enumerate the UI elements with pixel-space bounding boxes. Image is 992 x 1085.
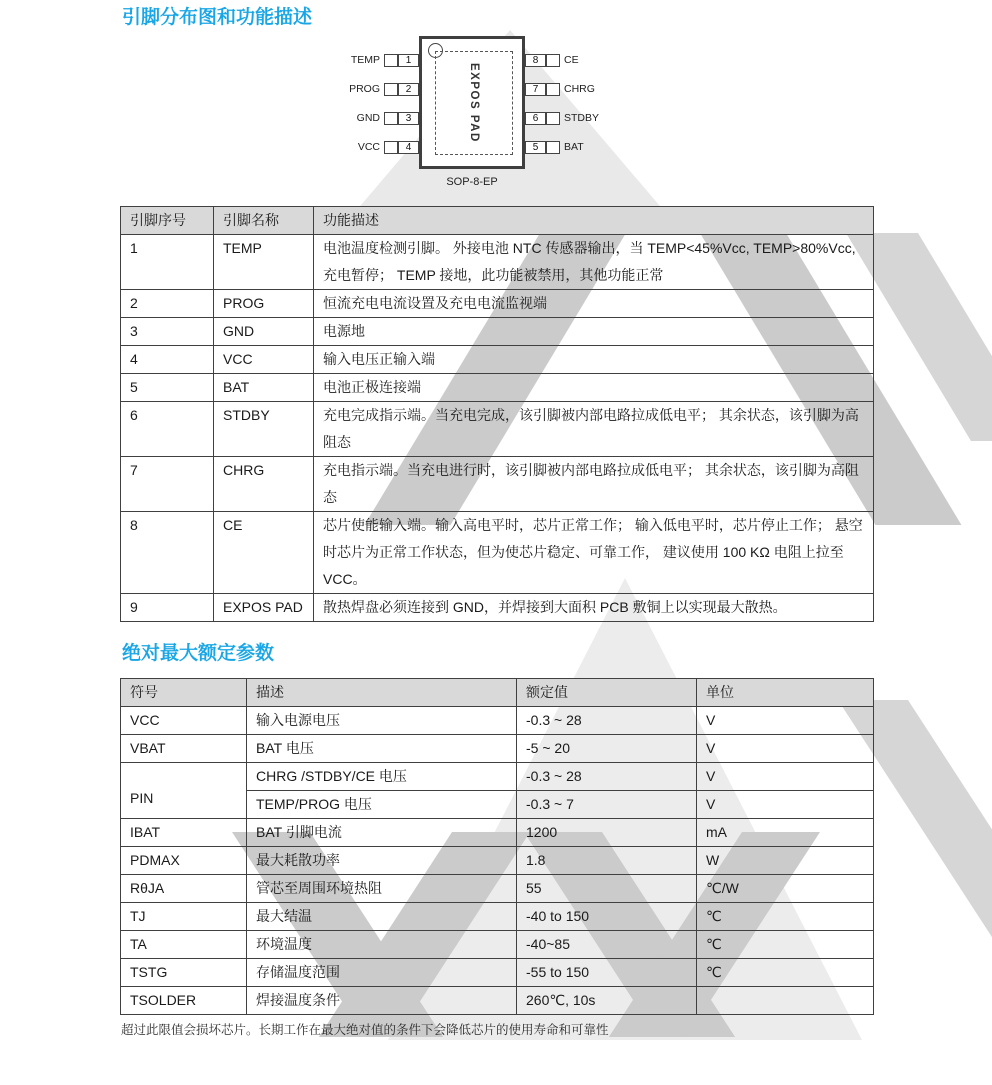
pin-name-label: PROG (345, 83, 384, 95)
cell-symbol: TA (121, 931, 247, 959)
pin-name-label: GND (353, 112, 384, 124)
cell-unit: V (697, 735, 874, 763)
cell-pin-name: CHRG (214, 457, 314, 512)
pin-name-label: STDBY (560, 112, 603, 124)
cell-description: 最大结温 (247, 903, 517, 931)
pin-diagram: TEMP 1 PROG 2 GND 3 VCC 4 EXPOS PAD 8 (335, 36, 609, 194)
cell-unit: W (697, 847, 874, 875)
table-row: PIN CHRG /STDBY/CE 电压 -0.3 ~ 28 V (121, 763, 874, 791)
col-header-symbol: 符号 (121, 679, 247, 707)
table-row: 6 STDBY 充电完成指示端。当充电完成，该引脚被内部电路拉成低电平； 其余状… (121, 402, 874, 457)
table-row: PDMAX 最大耗散功率 1.8 W (121, 847, 874, 875)
cell-rated-value: -0.3 ~ 28 (517, 763, 697, 791)
cell-pin-name: VCC (214, 346, 314, 374)
cell-symbol: TSTG (121, 959, 247, 987)
cell-unit: ℃/W (697, 875, 874, 903)
datasheet-page: 引脚分布图和功能描述 TEMP 1 PROG 2 GND 3 VCC 4 EXP… (0, 0, 875, 1038)
pin-name-label: BAT (560, 141, 588, 153)
pin-lead-box (546, 54, 560, 67)
pin-lead-box (384, 112, 398, 125)
pin-number-box: 4 (398, 141, 419, 154)
pin-lead-box (546, 141, 560, 154)
col-header-pin-name: 引脚名称 (214, 207, 314, 235)
pin-number-box: 8 (525, 54, 546, 67)
cell-pin-number: 4 (121, 346, 214, 374)
col-header-rated-value: 额定值 (517, 679, 697, 707)
cell-rated-value: -40 to 150 (517, 903, 697, 931)
pin-name-label: TEMP (347, 54, 384, 66)
cell-symbol: VCC (121, 707, 247, 735)
ratings-footnote: 超过此限值会损坏芯片。长期工作在最大绝对值的条件下会降低芯片的使用寿命和可靠性 (121, 1022, 875, 1038)
cell-pin-name: STDBY (214, 402, 314, 457)
cell-pin-number: 9 (121, 594, 214, 622)
pin-6-right: 6 STDBY (525, 111, 609, 125)
pin-4-left: VCC 4 (335, 140, 419, 154)
cell-unit: ℃ (697, 903, 874, 931)
cell-pin-name: EXPOS PAD (214, 594, 314, 622)
cell-symbol: VBAT (121, 735, 247, 763)
cell-function: 充电指示端。当充电进行时，该引脚被内部电路拉成低电平； 其余状态，该引脚为高阻态 (314, 457, 874, 512)
cell-rated-value: 1200 (517, 819, 697, 847)
cell-description: 环境温度 (247, 931, 517, 959)
table-row: 8 CE 芯片使能输入端。输入高电平时，芯片正常工作； 输入低电平时，芯片停止工… (121, 512, 874, 594)
cell-symbol: IBAT (121, 819, 247, 847)
absolute-maximum-ratings-table: 符号 描述 额定值 单位 VCC 输入电源电压 -0.3 ~ 28 V VBAT… (120, 678, 874, 1015)
cell-pin-name: PROG (214, 290, 314, 318)
pin-number-box: 6 (525, 112, 546, 125)
cell-symbol: TSOLDER (121, 987, 247, 1015)
exposed-pad-label: EXPOS PAD (468, 63, 480, 143)
cell-function: 恒流充电电流设置及充电电流监视端 (314, 290, 874, 318)
table-row: TA 环境温度 -40~85 ℃ (121, 931, 874, 959)
cell-description: BAT 电压 (247, 735, 517, 763)
table-row: 2 PROG 恒流充电电流设置及充电电流监视端 (121, 290, 874, 318)
pin-name-label: CE (560, 54, 583, 66)
cell-description: 输入电源电压 (247, 707, 517, 735)
pin-lead-box (384, 141, 398, 154)
pin-lead-box (384, 83, 398, 96)
cell-pin-number: 2 (121, 290, 214, 318)
pin-number-box: 1 (398, 54, 419, 67)
table-row: 5 BAT 电池正极连接端 (121, 374, 874, 402)
cell-rated-value: -55 to 150 (517, 959, 697, 987)
cell-description: 存储温度范围 (247, 959, 517, 987)
table-header-row: 引脚序号 引脚名称 功能描述 (121, 207, 874, 235)
pin-lead-box (384, 54, 398, 67)
cell-rated-value: -0.3 ~ 7 (517, 791, 697, 819)
cell-function: 电池温度检测引脚。 外接电池 NTC 传感器输出，当 TEMP<45%Vcc, … (314, 235, 874, 290)
cell-symbol: RθJA (121, 875, 247, 903)
pin-number-box: 3 (398, 112, 419, 125)
cell-function: 散热焊盘必须连接到 GND，并焊接到大面积 PCB 敷铜上以实现最大散热。 (314, 594, 874, 622)
pin-section-title: 引脚分布图和功能描述 (122, 6, 875, 30)
cell-description: 焊接温度条件 (247, 987, 517, 1015)
cell-symbol: TJ (121, 903, 247, 931)
cell-pin-name: CE (214, 512, 314, 594)
pin-3-left: GND 3 (335, 111, 419, 125)
cell-description: TEMP/PROG 电压 (247, 791, 517, 819)
table-row: TJ 最大结温 -40 to 150 ℃ (121, 903, 874, 931)
pin-8-right: 8 CE (525, 53, 609, 67)
cell-function: 充电完成指示端。当充电完成，该引脚被内部电路拉成低电平； 其余状态，该引脚为高阻… (314, 402, 874, 457)
col-header-pin-number: 引脚序号 (121, 207, 214, 235)
cell-unit (697, 987, 874, 1015)
cell-description: BAT 引脚电流 (247, 819, 517, 847)
table-row: IBAT BAT 引脚电流 1200 mA (121, 819, 874, 847)
exposed-pad-outline: EXPOS PAD (435, 51, 513, 155)
cell-symbol: PDMAX (121, 847, 247, 875)
pin-7-right: 7 CHRG (525, 82, 609, 96)
cell-rated-value: -0.3 ~ 28 (517, 707, 697, 735)
table-row: 1 TEMP 电池温度检测引脚。 外接电池 NTC 传感器输出，当 TEMP<4… (121, 235, 874, 290)
cell-unit: ℃ (697, 931, 874, 959)
cell-rated-value: -40~85 (517, 931, 697, 959)
package-name-label: SOP-8-EP (419, 176, 525, 188)
pin-lead-box (546, 83, 560, 96)
chip-package-body: EXPOS PAD (419, 36, 525, 169)
table-row: 4 VCC 输入电压正输入端 (121, 346, 874, 374)
cell-function: 电池正极连接端 (314, 374, 874, 402)
cell-pin-name: GND (214, 318, 314, 346)
table-header-row: 符号 描述 额定值 单位 (121, 679, 874, 707)
cell-pin-name: BAT (214, 374, 314, 402)
cell-rated-value: 1.8 (517, 847, 697, 875)
cell-pin-number: 6 (121, 402, 214, 457)
pin-lead-box (546, 112, 560, 125)
cell-pin-number: 5 (121, 374, 214, 402)
pin-function-table: 引脚序号 引脚名称 功能描述 1 TEMP 电池温度检测引脚。 外接电池 NTC… (120, 206, 874, 622)
col-header-unit: 单位 (697, 679, 874, 707)
cell-function: 电源地 (314, 318, 874, 346)
cell-pin-number: 7 (121, 457, 214, 512)
pin-number-box: 2 (398, 83, 419, 96)
table-row: TSOLDER 焊接温度条件 260℃, 10s (121, 987, 874, 1015)
cell-description: 最大耗散功率 (247, 847, 517, 875)
pin-name-label: CHRG (560, 83, 599, 95)
pin-5-right: 5 BAT (525, 140, 609, 154)
cell-function: 芯片使能输入端。输入高电平时，芯片正常工作； 输入低电平时，芯片停止工作； 悬空… (314, 512, 874, 594)
cell-function: 输入电压正输入端 (314, 346, 874, 374)
pin-number-box: 5 (525, 141, 546, 154)
pin-number-box: 7 (525, 83, 546, 96)
table-row: RθJA 管芯至周围环境热阻 55 ℃/W (121, 875, 874, 903)
cell-unit: mA (697, 819, 874, 847)
cell-rated-value: 260℃, 10s (517, 987, 697, 1015)
col-header-function: 功能描述 (314, 207, 874, 235)
cell-pin-number: 8 (121, 512, 214, 594)
cell-rated-value: -5 ~ 20 (517, 735, 697, 763)
ratings-section-title: 绝对最大额定参数 (122, 642, 875, 666)
table-row: VCC 输入电源电压 -0.3 ~ 28 V (121, 707, 874, 735)
cell-pin-number: 3 (121, 318, 214, 346)
cell-description: CHRG /STDBY/CE 电压 (247, 763, 517, 791)
cell-description: 管芯至周围环境热阻 (247, 875, 517, 903)
cell-rated-value: 55 (517, 875, 697, 903)
cell-pin-number: 1 (121, 235, 214, 290)
cell-unit: V (697, 763, 874, 791)
cell-unit: V (697, 707, 874, 735)
pin-2-left: PROG 2 (335, 82, 419, 96)
col-header-description: 描述 (247, 679, 517, 707)
cell-symbol: PIN (121, 763, 247, 819)
table-row: 7 CHRG 充电指示端。当充电进行时，该引脚被内部电路拉成低电平； 其余状态，… (121, 457, 874, 512)
cell-unit: V (697, 791, 874, 819)
cell-pin-name: TEMP (214, 235, 314, 290)
table-row: TSTG 存储温度范围 -55 to 150 ℃ (121, 959, 874, 987)
table-row: 9 EXPOS PAD 散热焊盘必须连接到 GND，并焊接到大面积 PCB 敷铜… (121, 594, 874, 622)
pin-name-label: VCC (354, 141, 384, 153)
table-row: 3 GND 电源地 (121, 318, 874, 346)
cell-unit: ℃ (697, 959, 874, 987)
pin-1-left: TEMP 1 (335, 53, 419, 67)
table-row: VBAT BAT 电压 -5 ~ 20 V (121, 735, 874, 763)
